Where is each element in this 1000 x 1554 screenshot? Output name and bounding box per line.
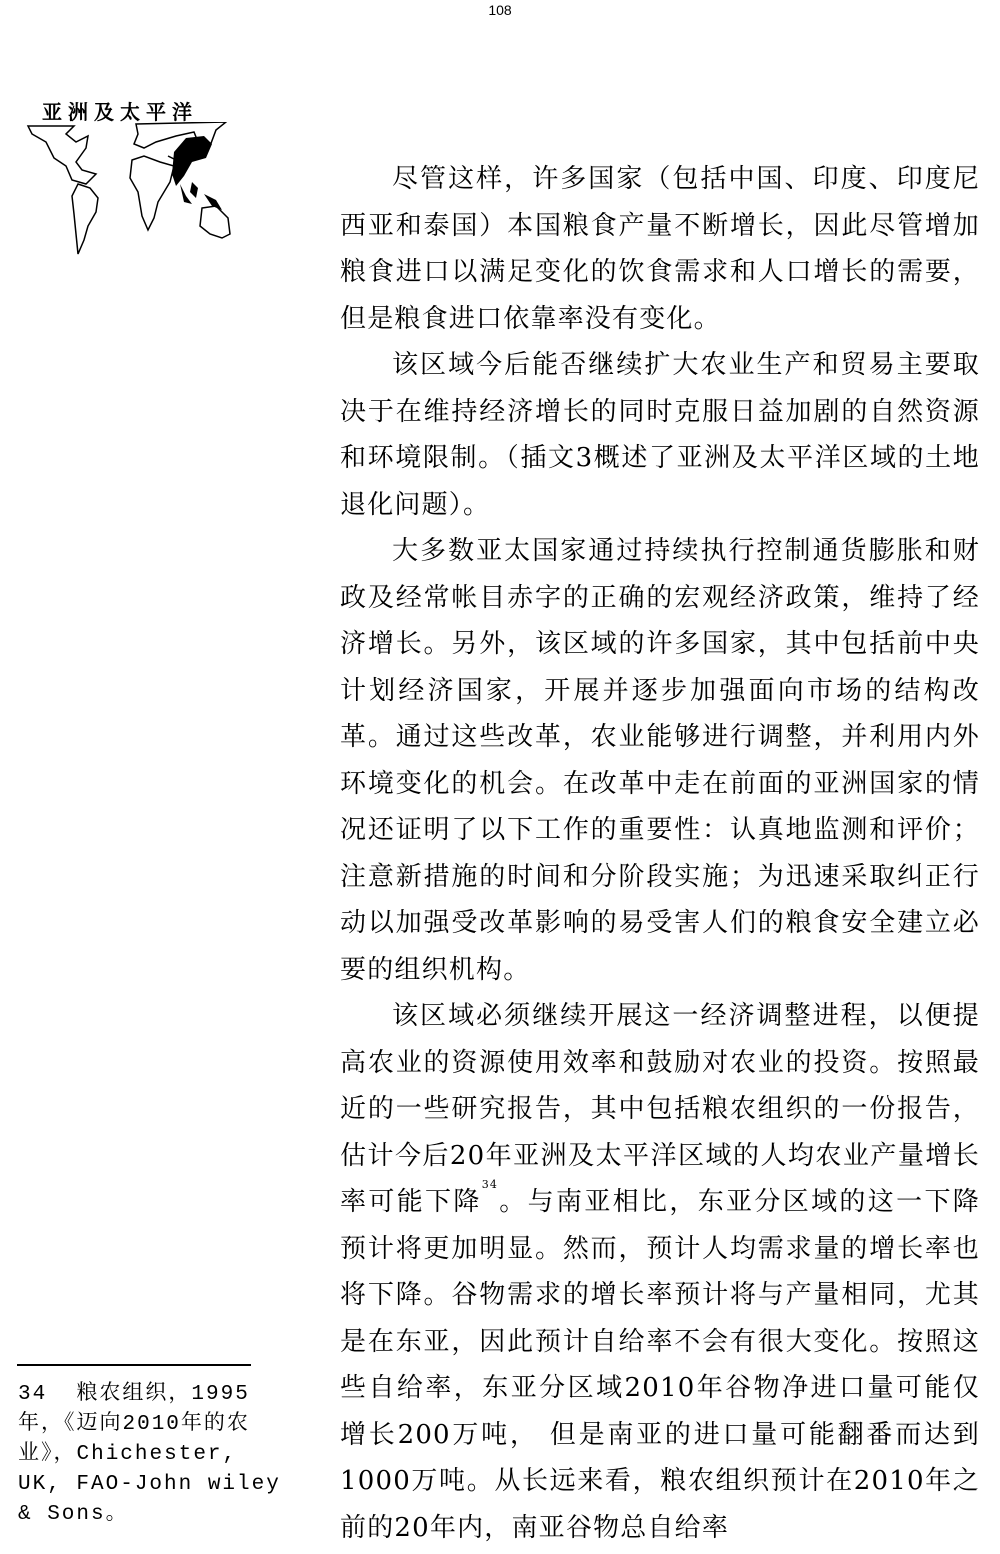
world-map-icon [26, 122, 241, 262]
paragraph-text: 该区域必须继续开展这一经济调整进程，以便提高农业的资源使用效率和鼓励对农业的投资… [340, 1001, 980, 1217]
footnote-reference[interactable]: 34 [482, 1178, 498, 1191]
paragraph: 尽管这样，许多国家（包括中国、印度、印度尼西亚和泰国）本国粮食产量不断增长，因此… [340, 156, 980, 342]
main-text: 尽管这样，许多国家（包括中国、印度、印度尼西亚和泰国）本国粮食产量不断增长，因此… [340, 156, 980, 1551]
paragraph-text: 。与南亚相比，东亚分区域的这一下降预计将更加明显。然而，预计人均需求量的增长率也… [340, 1187, 980, 1543]
footnote-text: 粮农组织，1995年，《迈向2010年的农业》，Chichester, UK, … [18, 1383, 281, 1526]
footnote-number: 34 [18, 1383, 47, 1406]
footnote-divider [17, 1364, 251, 1366]
footnote: 34 粮农组织，1995年，《迈向2010年的农业》，Chichester, U… [18, 1380, 293, 1530]
paragraph: 大多数亚太国家通过持续执行控制通货膨胀和财政及经常帐目赤字的正确的宏观经济政策，… [340, 528, 980, 993]
paragraph: 该区域今后能否继续扩大农业生产和贸易主要取决于在维持经济增长的同时克服日益加剧的… [340, 342, 980, 528]
paragraph: 该区域必须继续开展这一经济调整进程，以便提高农业的资源使用效率和鼓励对农业的投资… [340, 993, 980, 1551]
page-number: 108 [0, 2, 1000, 18]
region-title: 亚洲及太平洋 [42, 96, 198, 125]
